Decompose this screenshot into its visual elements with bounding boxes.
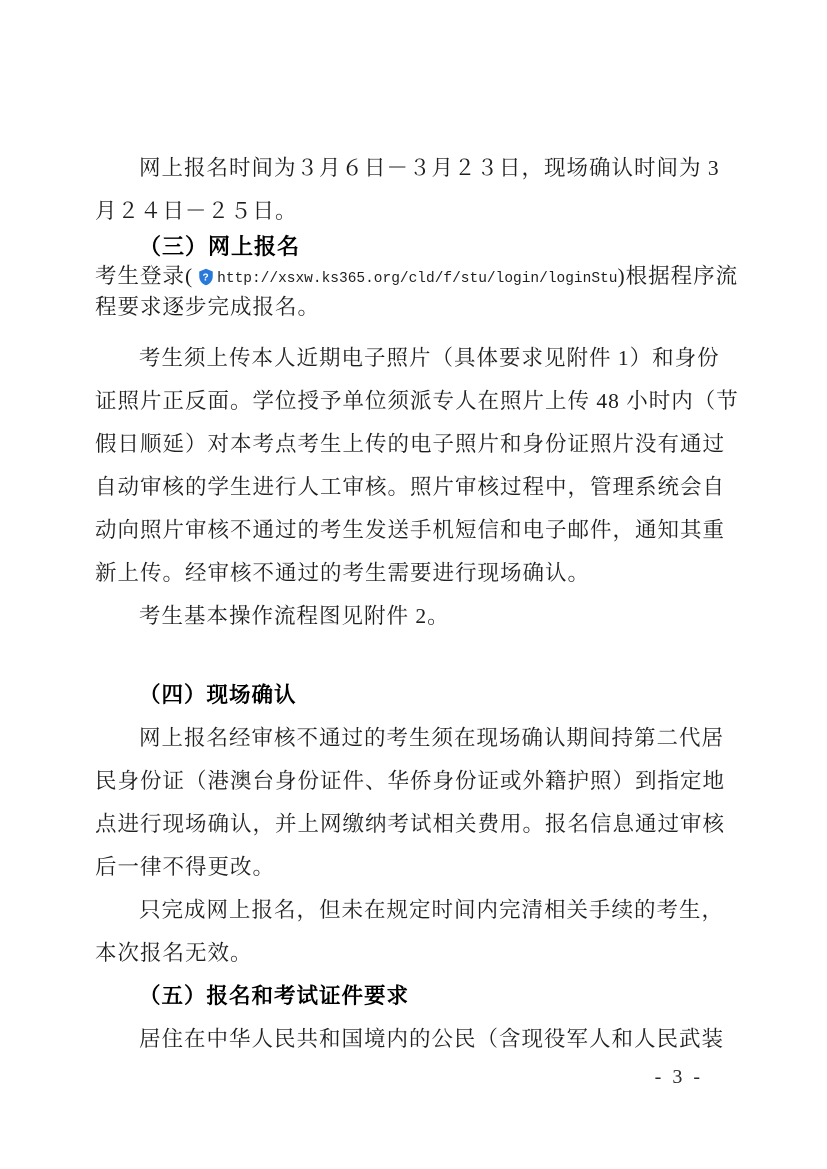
- para-onsite-line1: 网上报名经审核不通过的考生须在现场确认期间持第二代居: [95, 717, 735, 760]
- para-resident-line1: 居住在中华人民共和国境内的公民（含现役军人和人民武装: [95, 1018, 735, 1061]
- document-page: 网上报名时间为３月６日－３月２３日，现场确认时间为 3 月２４日－２５日。 （三…: [0, 0, 827, 1169]
- para-photo-line2: 证照片正反面。学位授予单位须派专人在照片上传 48 小时内（节: [95, 380, 735, 423]
- para-photo-line5: 动向照片审核不通过的考生发送手机短信和电子邮件，通知其重: [95, 509, 735, 552]
- para-incomplete-line2: 本次报名无效。: [95, 932, 735, 975]
- para-login-line2: 程要求逐步完成报名。: [95, 292, 735, 323]
- para-reg-time-line1: 网上报名时间为３月６日－３月２３日，现场确认时间为 3: [95, 147, 735, 190]
- page-number: - 3 -: [655, 1062, 703, 1092]
- para-login-prefix: 考生登录(: [95, 264, 193, 288]
- para-login-suffix: )根据程序流: [617, 264, 738, 288]
- para-reg-time-line2: 月２４日－２５日。: [95, 190, 735, 233]
- para-photo-line3: 假日顺延）对本考点考生上传的电子照片和身份证照片没有通过: [95, 423, 735, 466]
- para-photo-line1: 考生须上传本人近期电子照片（具体要求见附件 1）和身份: [95, 337, 735, 380]
- shield-question-glyph: ?: [203, 272, 210, 283]
- section-heading-onsite-confirmation: （四）现场确认: [95, 674, 735, 717]
- section-heading-certificate-requirements: （五）报名和考试证件要求: [95, 975, 735, 1018]
- para-onsite-line2: 民身份证（港澳台身份证件、华侨身份证或外籍护照）到指定地: [95, 760, 735, 803]
- document-body: 网上报名时间为３月６日－３月２３日，现场确认时间为 3 月２４日－２５日。 （三…: [95, 147, 735, 1061]
- para-photo-line6: 新上传。经审核不通过的考生需要进行现场确认。: [95, 552, 735, 595]
- para-login-line1: 考生登录(?http://xsxw.ks365.org/cld/f/stu/lo…: [95, 261, 735, 292]
- section-heading-online-registration: （三）网上报名: [95, 233, 735, 261]
- para-onsite-line3: 点进行现场确认，并上网缴纳考试相关费用。报名信息通过审核: [95, 803, 735, 846]
- registration-url[interactable]: http://xsxw.ks365.org/cld/f/stu/login/lo…: [217, 271, 617, 287]
- para-incomplete-line1: 只完成网上报名，但未在规定时间内完清相关手续的考生，: [95, 889, 735, 932]
- para-onsite-line4: 后一律不得更改。: [95, 846, 735, 889]
- para-photo-line4: 自动审核的学生进行人工审核。照片审核过程中，管理系统会自: [95, 466, 735, 509]
- para-flowchart: 考生基本操作流程图见附件 2。: [95, 595, 735, 638]
- link-security-shield-icon[interactable]: ?: [197, 264, 215, 282]
